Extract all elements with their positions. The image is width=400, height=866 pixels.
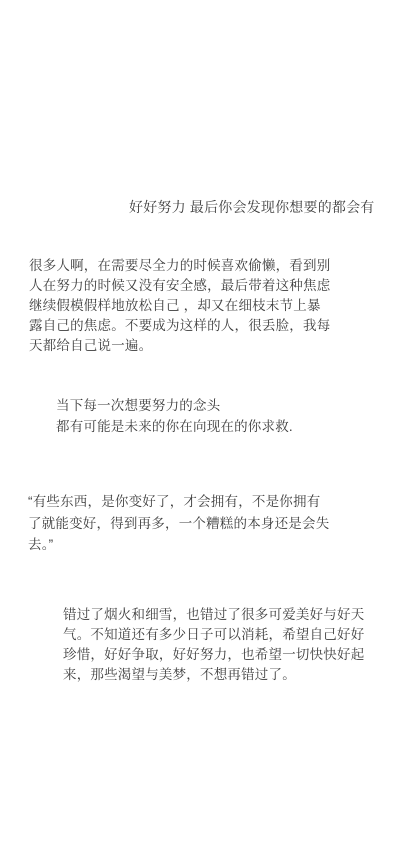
card-title: 好好努力 最后你会发现你想要的都会有 <box>129 197 389 217</box>
paragraph-become-better-quote: “有些东西，是你变好了，才会拥有，不是你拥有 了就能变好，得到再多，一个糟糕的本… <box>28 491 378 556</box>
paragraph-effort-thought: 当下每一次想要努力的念头 都有可能是未来的你在向现在的你求救. <box>56 395 386 437</box>
paragraph-many-people: 很多人啊，在需要尽全力的时候喜欢偷懒，看到别 人在努力的时候又没有安全感，最后带… <box>29 256 379 356</box>
quote-text-card: 好好努力 最后你会发现你想要的都会有 很多人啊，在需要尽全力的时候喜欢偷懒，看到… <box>0 0 400 866</box>
paragraph-missed-fireworks: 错过了烟火和细雪，也错过了很多可爱美好与好天 气。不知道还有多少日子可以消耗，希… <box>63 605 375 685</box>
